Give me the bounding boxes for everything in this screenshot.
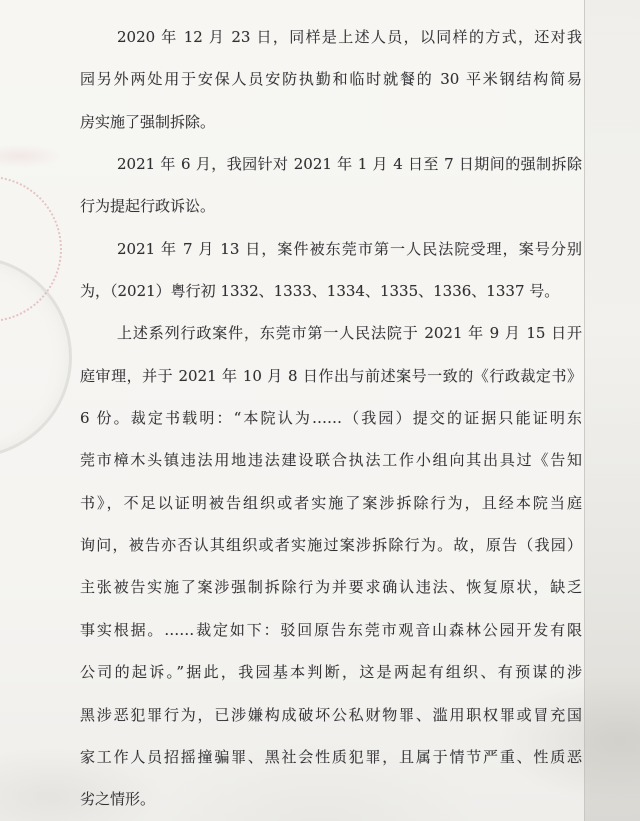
document-line: 主张被告实施了案涉强制拆除行为并要求确认违法、恢复原状，缺乏 bbox=[80, 566, 582, 608]
document-line: 上述系列行政案件，东莞市第一人民法院于 2021 年 9 月 15 日开 bbox=[80, 312, 582, 354]
document-line: 2021 年 6 月，我园针对 2021 年 1 月 4 日至 7 日期间的强制… bbox=[80, 143, 582, 185]
document-line: 黑涉恶犯罪行为，已涉嫌构成破坏公私财物罪、滥用职权罪或冒充国 bbox=[80, 694, 582, 736]
paragraph-lawsuit-filed: 2021 年 6 月，我园针对 2021 年 1 月 4 日至 7 日期间的强制… bbox=[80, 143, 582, 228]
scanned-document-page: 2020 年 12 月 23 日，同样是上述人员，以同样的方式，还对我 园另外两… bbox=[0, 0, 640, 821]
paragraph-ruling-and-conclusion: 上述系列行政案件，东莞市第一人民法院于 2021 年 9 月 15 日开 庭审理… bbox=[80, 312, 582, 820]
document-line: 莞市樟木头镇违法用地违法建设联合执法工作小组向其出具过《告知 bbox=[80, 439, 582, 481]
document-line: 公司的起诉。”据此，我园基本判断，这是两起有组织、有预谋的涉 bbox=[80, 651, 582, 693]
document-line: 房实施了强制拆除。 bbox=[80, 101, 582, 143]
document-line: 书》，不足以证明被告组织或者实施了案涉拆除行为，且经本院当庭 bbox=[80, 482, 582, 524]
scan-edge-strip bbox=[585, 0, 640, 821]
document-line: 庭审理，并于 2021 年 10 月 8 日作出与前述案号一致的《行政裁定书》 bbox=[80, 355, 582, 397]
document-line: 园另外两处用于安保人员安防执勤和临时就餐的 30 平米钢结构简易 bbox=[80, 58, 582, 100]
paragraph-demolition-2020: 2020 年 12 月 23 日，同样是上述人员，以同样的方式，还对我 园另外两… bbox=[80, 16, 582, 143]
document-line: 为，（2021）粤行初 1332、1333、1334、1335、1336、133… bbox=[80, 270, 582, 312]
document-line: 行为提起行政诉讼。 bbox=[80, 185, 582, 227]
document-line: 2021 年 7 月 13 日，案件被东莞市第一人民法院受理，案号分别 bbox=[80, 228, 582, 270]
gray-stamp-arc bbox=[0, 256, 72, 458]
document-line: 6 份。裁定书载明：“本院认为……（我园）提交的证据只能证明东 bbox=[80, 397, 582, 439]
document-text-block: 2020 年 12 月 23 日，同样是上述人员，以同样的方式，还对我 园另外两… bbox=[80, 16, 582, 821]
paragraph-case-accepted: 2021 年 7 月 13 日，案件被东莞市第一人民法院受理，案号分别 为，（2… bbox=[80, 228, 582, 313]
document-line: 家工作人员招摇撞骗罪、黑社会性质犯罪，且属于情节严重、性质恶 bbox=[80, 736, 582, 778]
document-line: 劣之情形。 bbox=[80, 778, 582, 820]
document-line: 2020 年 12 月 23 日，同样是上述人员，以同样的方式，还对我 bbox=[80, 16, 582, 58]
document-line: 事实根据。……裁定如下：驳回原告东莞市观音山森林公园开发有限 bbox=[80, 609, 582, 651]
document-line: 询问，被告亦否认其组织或者实施过案涉拆除行为。故，原告（我园） bbox=[80, 524, 582, 566]
